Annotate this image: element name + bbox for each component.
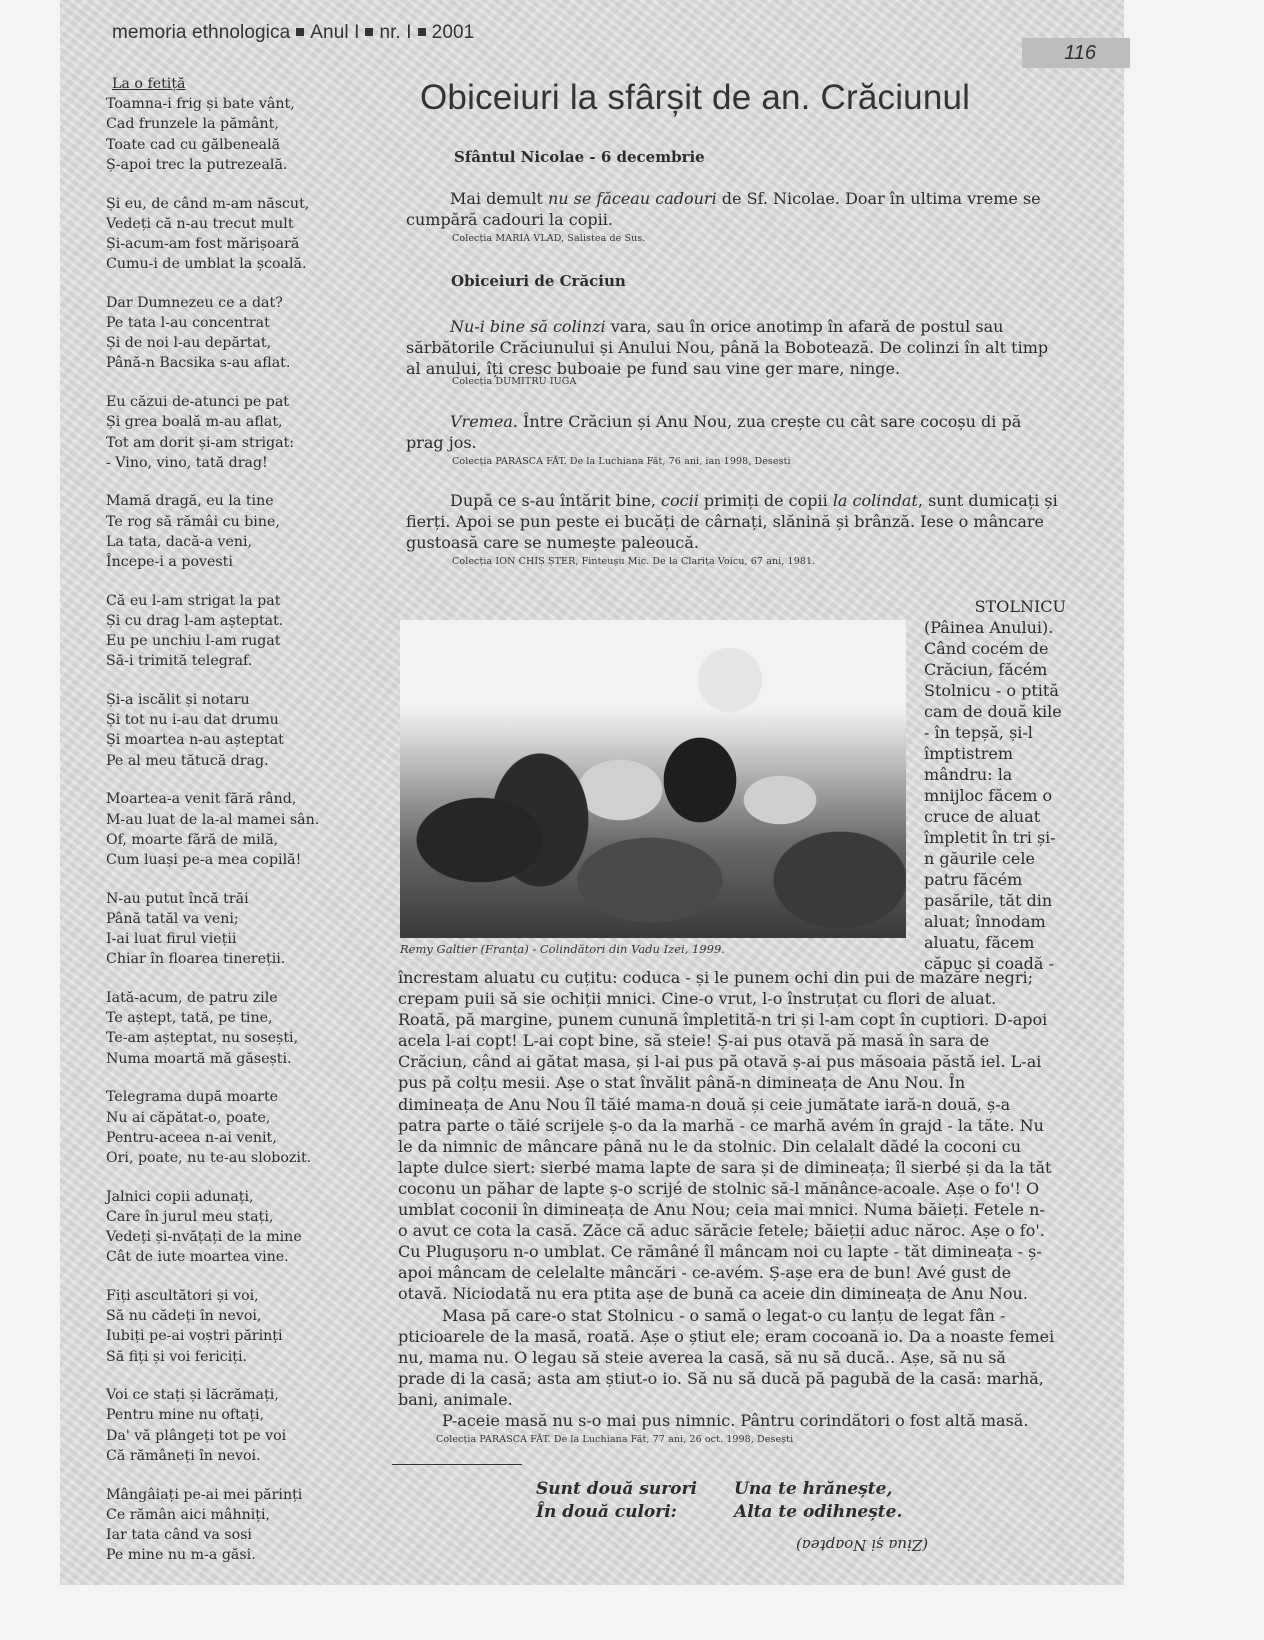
poem-line: Și grea boală m-au aflat, xyxy=(106,412,336,432)
poem-stanza: Jalnici copii adunați,Care în jurul meu … xyxy=(106,1187,336,1268)
poem-line: Jalnici copii adunați, xyxy=(106,1187,336,1207)
credit-dumitru-iuga: Colecția DUMITRU IUGA xyxy=(452,376,576,387)
text-line: mnijloc făcem o xyxy=(924,785,1074,806)
poem-line: Voi ce stați și lăcrămați, xyxy=(106,1385,336,1405)
text-line: Cu Plugușoru n-o umblat. Ce rămâné îl mâ… xyxy=(398,1241,1078,1262)
riddle-answer-upside-down: (Ziua și Noaptea) xyxy=(796,1536,928,1554)
year: 2001 xyxy=(432,22,475,43)
poem-line: Cât de iute moartea vine. xyxy=(106,1247,336,1267)
paragraph-colinzi: Nu-i bine să colinzi vara, sau în orice … xyxy=(406,316,1086,379)
poem-line: Vedeți că n-au trecut mult xyxy=(106,214,336,234)
poem-line: Te rog să rămâi cu bine, xyxy=(106,512,336,532)
text-line: Masa pă care-o stat Stolnicu - o samă o … xyxy=(398,1305,1078,1326)
text-line: pus pă colțu mesii. Așe o stat învălit p… xyxy=(398,1072,1078,1093)
text-line: prade di la casă; asta am știut-o io. Să… xyxy=(398,1368,1078,1389)
square-bullet-icon xyxy=(296,28,304,36)
poem-line: Și de noi l-au depărtat, xyxy=(106,333,336,353)
poem-line: Să nu cădeți în nevoi, xyxy=(106,1306,336,1326)
text-line: împtistrem xyxy=(924,743,1074,764)
text-line: (Pâinea Anului). xyxy=(924,617,1074,638)
stolnicu-side-column: STOLNICU(Pâinea Anului).Când cocém deCră… xyxy=(924,596,1074,974)
square-bullet-icon xyxy=(418,28,426,36)
credit-parasca-fat-2: Colecția PARASCA FĂT. De la Luchiana Făt… xyxy=(436,1434,793,1445)
riddle-right: Una te hrănește, Alta te odihnește. xyxy=(734,1478,902,1524)
text-line: aluat; înnodam xyxy=(924,911,1074,932)
paragraph-vremea: Vremea. Între Crăciun și Anu Nou, zua cr… xyxy=(406,411,1086,453)
footnote-divider xyxy=(392,1464,522,1465)
poem-line: Care în jurul meu stați, xyxy=(106,1207,336,1227)
text-line: otavă. Niciodată nu era ptita așe de bun… xyxy=(398,1283,1078,1304)
poem-line: - Vino, vino, tată drag! xyxy=(106,453,336,473)
poem-line: Vedeți și-nvățați de la mine xyxy=(106,1227,336,1247)
text-line: pticioarele de la masă, roată. Așe o ști… xyxy=(398,1326,1078,1347)
poem-line: Pentru mine nu oftați, xyxy=(106,1405,336,1425)
section-heading-sfantul-nicolae: Sfântul Nicolae - 6 decembrie xyxy=(454,148,705,166)
poem-line: Până-n Bacsika s-au aflat. xyxy=(106,353,336,373)
text-line: umblat coconii în dimineața de Anu Nou; … xyxy=(398,1199,1078,1220)
text-line: Când cocém de xyxy=(924,638,1074,659)
poem-stanza: Eu căzui de-atunci pe patȘi grea boală m… xyxy=(106,392,336,473)
poem-line: Tot am dorit și-am strigat: xyxy=(106,433,336,453)
poem-line: Eu căzui de-atunci pe pat xyxy=(106,392,336,412)
poem-stanza: Toamna-i frig și bate vânt,Cad frunzele … xyxy=(106,94,336,175)
text-line: n găurile cele xyxy=(924,848,1074,869)
text-line: patru făcém xyxy=(924,869,1074,890)
volume: Anul I xyxy=(310,22,359,43)
text-line: crepam puii să sie ochiții mnici. Cine-o… xyxy=(398,988,1078,1009)
poem-line: Mamă dragă, eu la tine xyxy=(106,491,336,511)
poem-stanzas: Toamna-i frig și bate vânt,Cad frunzele … xyxy=(106,94,336,1565)
poem-line: Și-acum-am fost mărișoară xyxy=(106,234,336,254)
credit-maria-vlad: Colecția MARIA VLAD, Salistea de Sus. xyxy=(452,233,645,244)
poem-line: Eu pe unchiu l-am rugat xyxy=(106,631,336,651)
credit-ion-chis-ster: Colecția ION CHIȘ ȘTER, Finteușu Mic. De… xyxy=(452,556,815,567)
poem-line: Pentru-aceea n-ai venit, xyxy=(106,1128,336,1148)
section-heading-obiceiuri-craciun: Obiceiuri de Crăciun xyxy=(451,272,626,290)
text-line: acela l-ai copt! L-ai copt bine, să stei… xyxy=(398,1030,1078,1051)
poem-line: Pe al meu tătucă drag. xyxy=(106,751,336,771)
text-line: Stolnicu - o ptită xyxy=(924,680,1074,701)
text-line: coconu un păhar de lapte ș-o scrijé de s… xyxy=(398,1178,1078,1199)
poem-stanza: N-au putut încă trăiPână tatăl va veni;I… xyxy=(106,889,336,970)
page-number: 116 xyxy=(1022,38,1130,68)
credit-parasca-fat-1: Colecția PARASCA FĂT. De la Luchiana Făt… xyxy=(452,456,791,467)
poem-line: Începe-i a povesti xyxy=(106,552,336,572)
page-margin-right xyxy=(1124,0,1264,1640)
poem-line: Moartea-a venit fără rând, xyxy=(106,789,336,809)
text-line: cruce de aluat xyxy=(924,806,1074,827)
text-line: apoi mâncam de celelalte mâncări - ce-av… xyxy=(398,1262,1078,1283)
poem-title: La o fetiță xyxy=(112,74,336,94)
poem-stanza: Iată-acum, de patru zileTe aștept, tată,… xyxy=(106,988,336,1069)
poem-line: Pe tata l-au concentrat xyxy=(106,313,336,333)
text-line: cam de două kile xyxy=(924,701,1074,722)
poem-line: N-au putut încă trăi xyxy=(106,889,336,909)
poem-line: Numa moartă mă găsești. xyxy=(106,1049,336,1069)
paragraph-cocii: După ce s-au întărit bine, cocii primiți… xyxy=(406,490,1086,553)
poem-stanza: Fiți ascultători și voi,Să nu cădeți în … xyxy=(106,1286,336,1367)
poem-line: I-ai luat firul vieții xyxy=(106,929,336,949)
article-title: Obiceiuri la sfârșit de an. Crăciunul xyxy=(420,78,970,118)
page-margin-bottom xyxy=(0,1585,1264,1640)
poem-line: Iar tata când va sosi xyxy=(106,1525,336,1545)
text-line: dimineața de Anu Nou îl tăié mama-n două… xyxy=(398,1094,1078,1115)
text-line: Crăciun, făcém xyxy=(924,659,1074,680)
poem-stanza: Că eu l-am strigat la patȘi cu drag l-am… xyxy=(106,591,336,672)
poem-line: Telegrama după moarte xyxy=(106,1087,336,1107)
poem-line: Iată-acum, de patru zile xyxy=(106,988,336,1008)
poem-line: Să fiți și voi fericiți. xyxy=(106,1347,336,1367)
text-line: - în tepșă, și-l xyxy=(924,722,1074,743)
poem-line: Și-a iscălit și notaru xyxy=(106,690,336,710)
poem-stanza: Telegrama după moarteNu ai căpătat-o, po… xyxy=(106,1087,336,1168)
page-margin-left xyxy=(0,0,60,1640)
poem-stanza: Și eu, de când m-am născut,Vedeți că n-a… xyxy=(106,194,336,275)
stolnicu-heading: STOLNICU xyxy=(924,596,1074,617)
riddle-left: Sunt două surori În două culori: xyxy=(536,1478,697,1524)
text-line: aluatu, făcem xyxy=(924,932,1074,953)
running-header: memoria ethnologicaAnul Inr. I2001 xyxy=(112,22,474,44)
poem-stanza: Dar Dumnezeu ce a dat?Pe tata l-au conce… xyxy=(106,293,336,374)
text-line: Crăciun, când ai gătat masa, și l-ai pus… xyxy=(398,1051,1078,1072)
poem-line: Toate cad cu gălbeneală xyxy=(106,135,336,155)
poem-line: Of, moarte fără de milă, xyxy=(106,830,336,850)
poem-stanza: Mamă dragă, eu la tineTe rog să rămâi cu… xyxy=(106,491,336,572)
poem-line: Iubiți pe-ai voștri părinți xyxy=(106,1326,336,1346)
poem-line: Și cu drag l-am așteptat. xyxy=(106,611,336,631)
poem-line: Și eu, de când m-am născut, xyxy=(106,194,336,214)
poem-line: Și tot nu i-au dat drumu xyxy=(106,710,336,730)
poem-stanza: Moartea-a venit fără rând,M-au luat de l… xyxy=(106,789,336,870)
text-line: bani, animale. xyxy=(398,1389,1078,1410)
photo-caption: Remy Galtier (Franța) - Colindători din … xyxy=(400,942,725,956)
poem-line: Că eu l-am strigat la pat xyxy=(106,591,336,611)
poem-line: Pe mine nu m-a găsi. xyxy=(106,1545,336,1565)
poem-line: Până tatăl va veni; xyxy=(106,909,336,929)
square-bullet-icon xyxy=(365,28,373,36)
text-line: patra parte o tăié scrijele ș-o da la ma… xyxy=(398,1115,1078,1136)
poem-line: Te aștept, tată, pe tine, xyxy=(106,1008,336,1028)
text-line: lapte dulce siert: sierbé mama lapte de … xyxy=(398,1157,1078,1178)
text-line: mândru: la xyxy=(924,764,1074,785)
poem-stanza: Și-a iscălit și notaruȘi tot nu i-au dat… xyxy=(106,690,336,771)
issue: nr. I xyxy=(379,22,411,43)
poem-line: Te-am așteptat, nu sosești, xyxy=(106,1028,336,1048)
poem-stanza: Mângâiați pe-ai mei părințiCe rămân aici… xyxy=(106,1485,336,1566)
text-line: Roată, pă margine, punem cunună împletit… xyxy=(398,1009,1078,1030)
stolnicu-continuation: încrestam aluatu cu cuțitu: coduca - și … xyxy=(398,967,1078,1431)
poem-line: Cum luași pe-a mea copilă! xyxy=(106,850,336,870)
text-line: pasările, tăt din xyxy=(924,890,1074,911)
poem-line: Dar Dumnezeu ce a dat? xyxy=(106,293,336,313)
poem-line: Ș-apoi trec la putrezeală. xyxy=(106,155,336,175)
poem-line: Mângâiați pe-ai mei părinți xyxy=(106,1485,336,1505)
poem-line: Cad frunzele la pământ, xyxy=(106,114,336,134)
text-line: le da nimnic de mâncare până nu le da st… xyxy=(398,1136,1078,1157)
photo-colindatori xyxy=(400,620,906,938)
text-line: nu, mama nu. O legau să steie averea la … xyxy=(398,1347,1078,1368)
text-line: împletit în tri și- xyxy=(924,827,1074,848)
paragraph-sfantul-nicolae: Mai demult nu se făceau cadouri de Sf. N… xyxy=(406,188,1086,230)
poem-line: M-au luat de la-al mamei sân. xyxy=(106,810,336,830)
text-line: P-aceie masă nu s-o mai pus nimnic. Pânt… xyxy=(398,1410,1078,1431)
poem-line: Ori, poate, nu te-au slobozit. xyxy=(106,1148,336,1168)
text-line: o avut ce cota la casă. Zăce că aduc săr… xyxy=(398,1220,1078,1241)
journal-name: memoria ethnologica xyxy=(112,22,290,43)
poem-line: Că rămâneți în nevoi. xyxy=(106,1446,336,1466)
poem-line: Da' vă plângeți tot pe voi xyxy=(106,1426,336,1446)
poem-line: Fiți ascultători și voi, xyxy=(106,1286,336,1306)
text-line: încrestam aluatu cu cuțitu: coduca - și … xyxy=(398,967,1078,988)
poem-stanza: Voi ce stați și lăcrămați,Pentru mine nu… xyxy=(106,1385,336,1466)
poem-line: Ce rămân aici mâhniți, xyxy=(106,1505,336,1525)
poem-line: Și moartea n-au așteptat xyxy=(106,730,336,750)
poem-column: La o fetiță Toamna-i frig și bate vânt,C… xyxy=(106,74,336,1584)
poem-line: Cumu-i de umblat la școală. xyxy=(106,254,336,274)
poem-line: Nu ai căpătat-o, poate, xyxy=(106,1108,336,1128)
poem-line: Să-i trimită telegraf. xyxy=(106,651,336,671)
poem-line: Toamna-i frig și bate vânt, xyxy=(106,94,336,114)
poem-line: Chiar în floarea tinereții. xyxy=(106,949,336,969)
poem-line: La tata, dacă-a veni, xyxy=(106,532,336,552)
